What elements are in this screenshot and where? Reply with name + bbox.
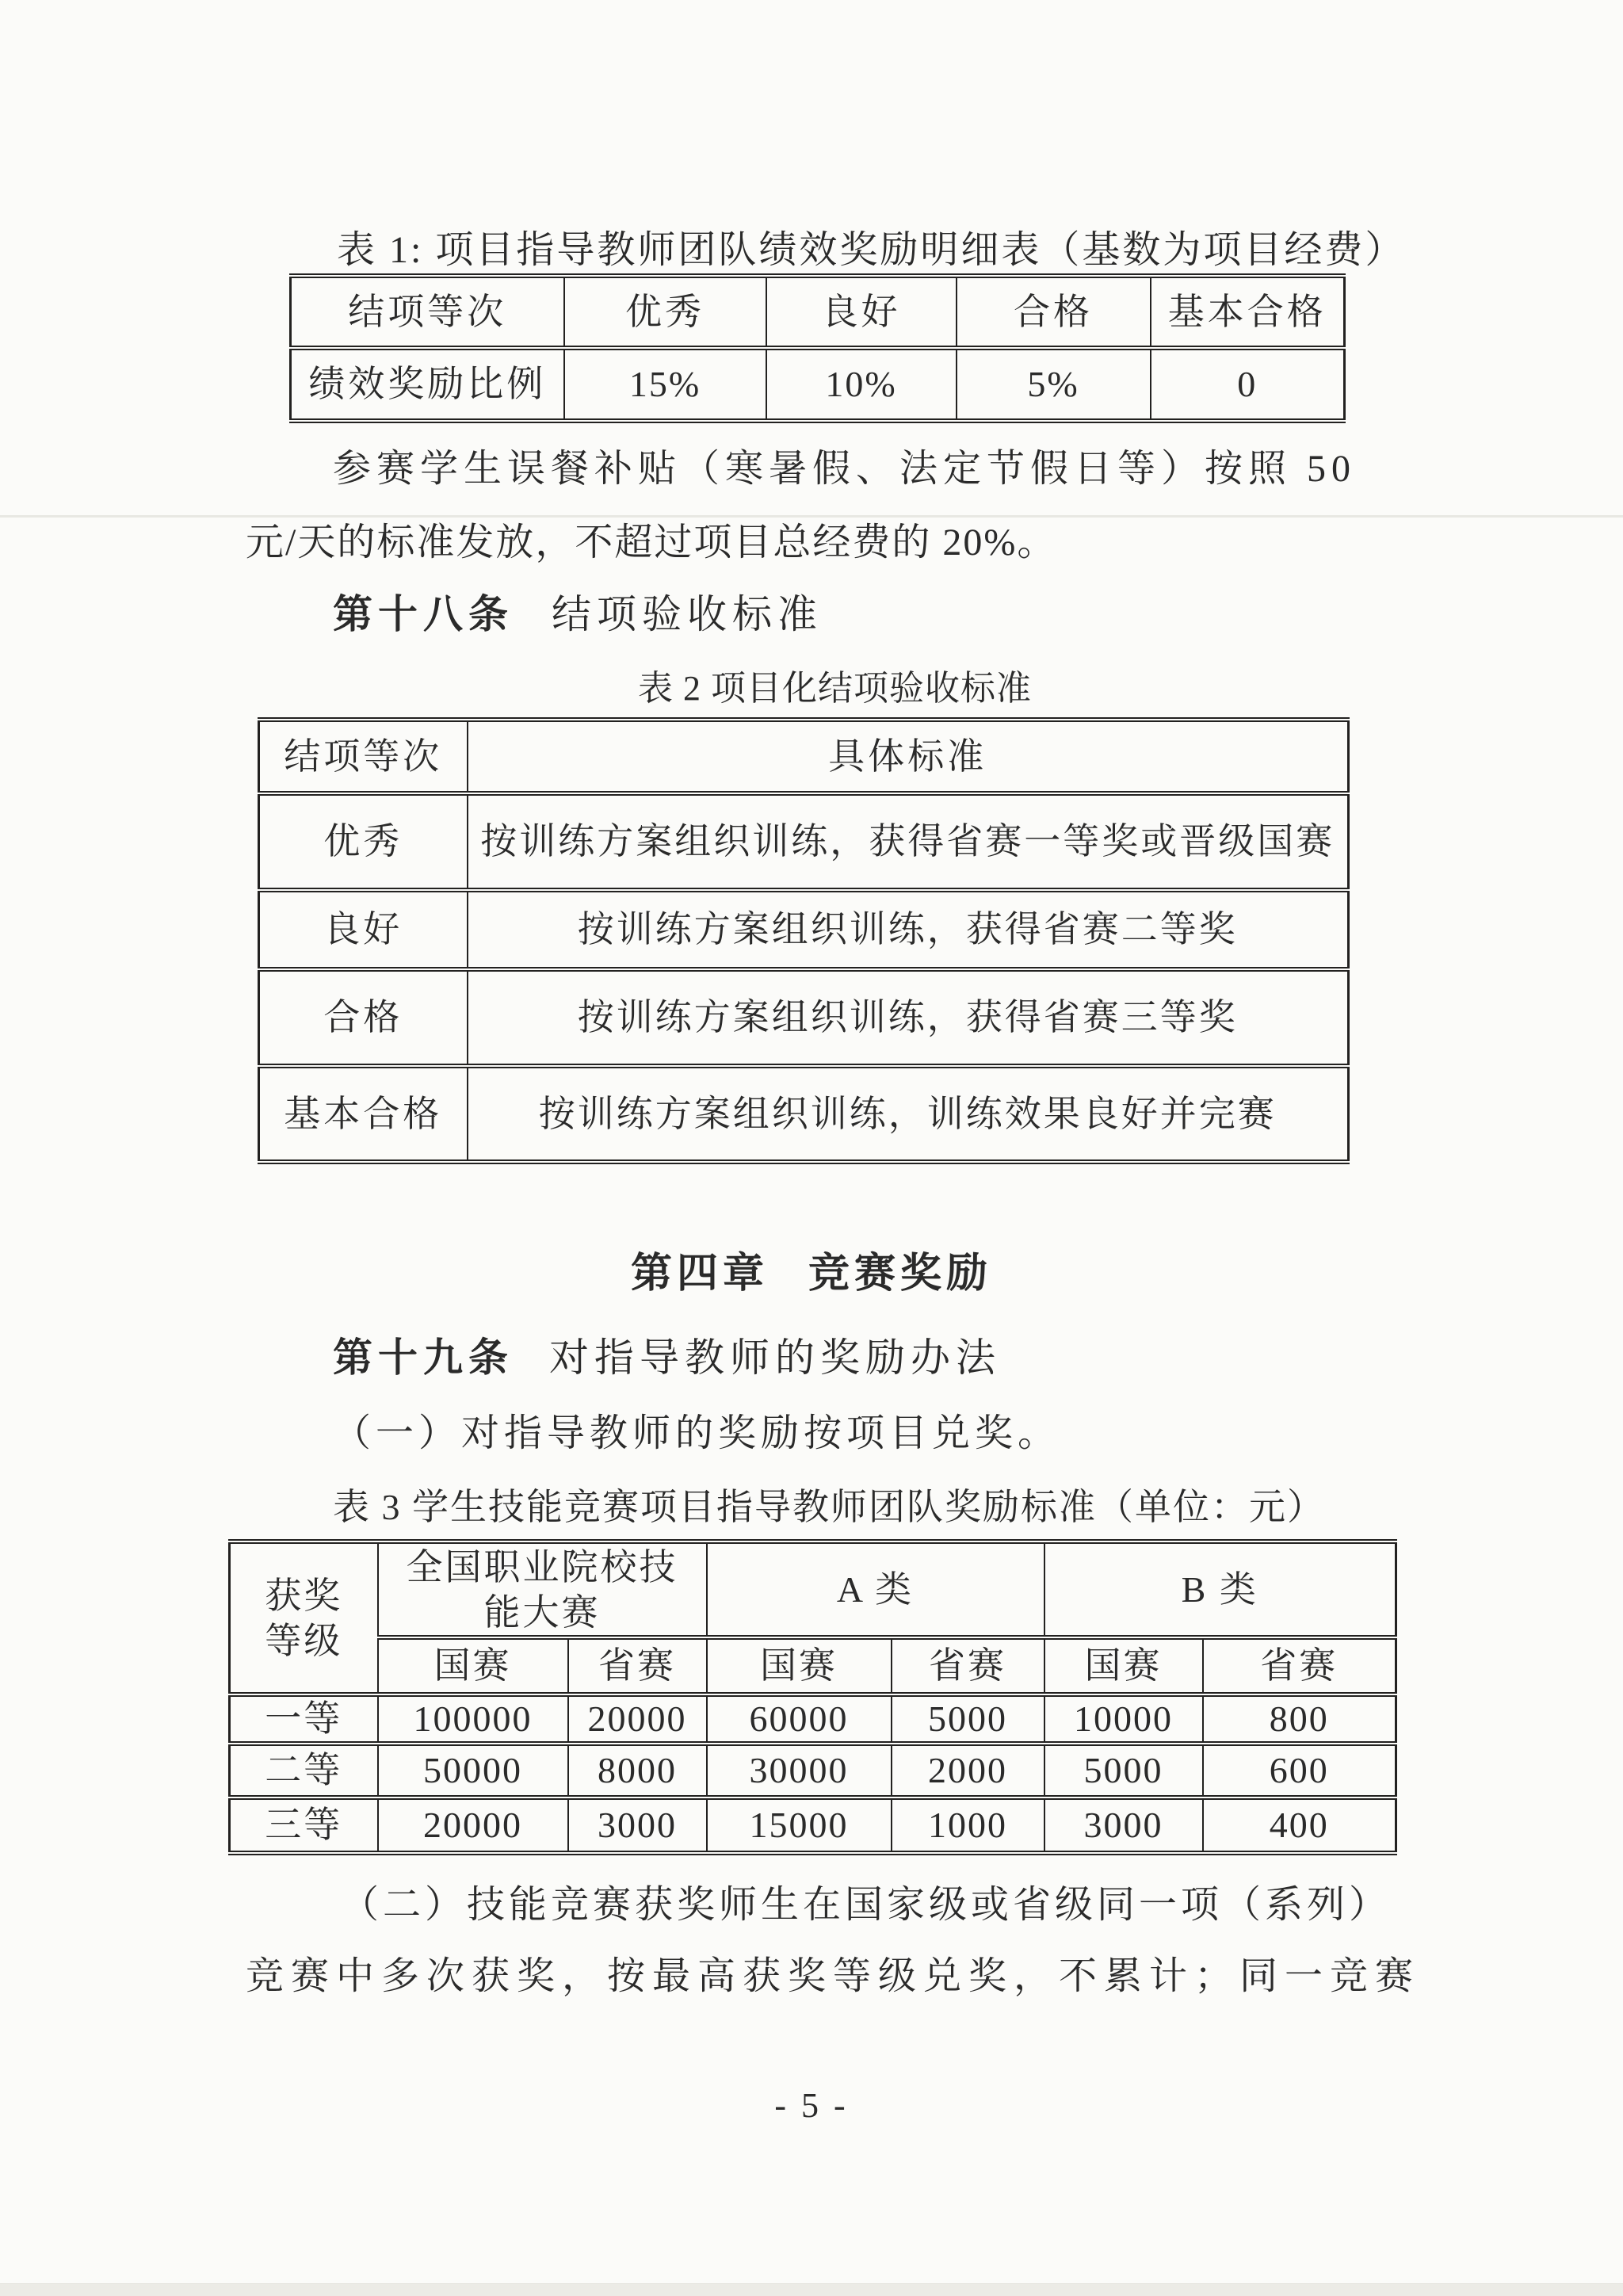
table1-row-label: 绩效奖励比例 bbox=[291, 348, 564, 421]
table3-value-cell: 15000 bbox=[707, 1797, 892, 1853]
table2-criteria-cell: 按训练方案组织训练，获得省赛二等奖 bbox=[468, 890, 1349, 969]
page-number: - 5 - bbox=[0, 2086, 1623, 2126]
table2-grade-cell: 优秀 bbox=[259, 793, 468, 890]
table1-data-row: 绩效奖励比例 15% 10% 5% 0 bbox=[291, 348, 1345, 421]
table3-subheader-cell: 省赛 bbox=[892, 1637, 1044, 1694]
scanned-document-page: 表 1: 项目指导教师团队绩效奖励明细表（基数为项目经费） 结项等次 优秀 良好… bbox=[0, 0, 1623, 2296]
table3-value-cell: 60000 bbox=[707, 1694, 892, 1744]
table3-value-cell: 20000 bbox=[378, 1797, 568, 1853]
table3-group-header-national-vocational: 全国职业院校技 能大赛 bbox=[378, 1541, 707, 1637]
table3-value-cell: 100000 bbox=[378, 1694, 568, 1744]
item-two-line: （二）技能竞赛获奖师生在国家级或省级同一项（系列） bbox=[341, 1882, 1391, 1928]
table2-grade-cell: 基本合格 bbox=[259, 1066, 468, 1162]
table2-caption: 表 2 项目化结项验收标准 bbox=[638, 667, 1032, 711]
table3-value-cell: 3000 bbox=[1044, 1797, 1203, 1853]
table3-subheader-row: 国赛 省赛 国赛 省赛 国赛 省赛 bbox=[230, 1637, 1396, 1694]
table1-value-cell: 15% bbox=[564, 348, 766, 421]
group-header-line: 能大赛 bbox=[379, 1590, 706, 1635]
table2-row: 良好 按训练方案组织训练，获得省赛二等奖 bbox=[259, 890, 1349, 969]
article18-heading: 第十八条结项验收标准 bbox=[333, 590, 823, 638]
table3-subheader-cell: 国赛 bbox=[707, 1637, 892, 1694]
table3-competition-reward-standard: 获奖 等级 全国职业院校技 能大赛 A 类 B 类 国赛 省赛 国赛 省赛 国赛… bbox=[228, 1539, 1397, 1855]
table2-header-cell: 结项等次 bbox=[259, 720, 468, 793]
table1-value-cell: 5% bbox=[957, 348, 1151, 421]
table2-row: 优秀 按训练方案组织训练，获得省赛一等奖或晋级国赛 bbox=[259, 793, 1349, 890]
chapter4-title: 竞赛奖励 bbox=[808, 1251, 992, 1297]
table2-row: 合格 按训练方案组织训练，获得省赛三等奖 bbox=[259, 969, 1349, 1066]
table3-value-cell: 10000 bbox=[1044, 1694, 1203, 1744]
article18-number: 第十八条 bbox=[333, 592, 514, 636]
table3-corner-header: 获奖 等级 bbox=[230, 1541, 378, 1694]
table3-value-cell: 5000 bbox=[1044, 1744, 1203, 1797]
group-header-line: 全国职业院校技 bbox=[379, 1545, 706, 1590]
chapter4-number: 第四章 bbox=[631, 1251, 769, 1297]
table3-value-cell: 3000 bbox=[568, 1797, 707, 1853]
table1-header-cell: 合格 bbox=[957, 276, 1151, 348]
table3-value-cell: 600 bbox=[1203, 1744, 1396, 1797]
table3-value-cell: 1000 bbox=[892, 1797, 1044, 1853]
table2-header-cell: 具体标准 bbox=[468, 720, 1349, 793]
table3-grade-cell: 三等 bbox=[230, 1797, 378, 1853]
table1-header-cell: 优秀 bbox=[564, 276, 766, 348]
item-one-line: （一）对指导教师的奖励按项目兑奖。 bbox=[333, 1411, 1060, 1457]
table1-performance-reward: 结项等次 优秀 良好 合格 基本合格 绩效奖励比例 15% 10% 5% 0 bbox=[289, 273, 1346, 423]
table3-value-cell: 5000 bbox=[892, 1694, 1044, 1744]
table3-value-cell: 50000 bbox=[378, 1744, 568, 1797]
table1-header-cell: 良好 bbox=[766, 276, 957, 348]
table3-value-cell: 800 bbox=[1203, 1694, 1396, 1744]
table1-header-row: 结项等次 优秀 良好 合格 基本合格 bbox=[291, 276, 1345, 348]
table2-header-row: 结项等次 具体标准 bbox=[259, 720, 1349, 793]
table3-grade-cell: 一等 bbox=[230, 1694, 378, 1744]
table3-data-row: 二等 50000 8000 30000 2000 5000 600 bbox=[230, 1744, 1396, 1797]
table2-grade-cell: 合格 bbox=[259, 969, 468, 1066]
table2-criteria-cell: 按训练方案组织训练，训练效果良好并完赛 bbox=[468, 1066, 1349, 1162]
table2-grade-cell: 良好 bbox=[259, 890, 468, 969]
table1-value-cell: 0 bbox=[1151, 348, 1345, 421]
table2-criteria-cell: 按训练方案组织训练，获得省赛三等奖 bbox=[468, 969, 1349, 1066]
paragraph-line: 元/天的标准发放，不超过项目总经费的 20%。 bbox=[246, 520, 1056, 566]
table3-data-row: 一等 100000 20000 60000 5000 10000 800 bbox=[230, 1694, 1396, 1744]
scan-artifact-line bbox=[0, 515, 1623, 518]
paragraph-line: 参赛学生误餐补贴（寒暑假、法定节假日等）按照 50 bbox=[333, 446, 1356, 492]
table3-value-cell: 400 bbox=[1203, 1797, 1396, 1853]
table1-caption: 表 1: 项目指导教师团队绩效奖励明细表（基数为项目经费） bbox=[337, 228, 1405, 273]
table3-subheader-cell: 省赛 bbox=[568, 1637, 707, 1694]
table1-value-cell: 10% bbox=[766, 348, 957, 421]
table3-value-cell: 30000 bbox=[707, 1744, 892, 1797]
table3-data-row: 三等 20000 3000 15000 1000 3000 400 bbox=[230, 1797, 1396, 1853]
table3-subheader-cell: 国赛 bbox=[378, 1637, 568, 1694]
table3-value-cell: 20000 bbox=[568, 1694, 707, 1744]
table2-criteria-cell: 按训练方案组织训练，获得省赛一等奖或晋级国赛 bbox=[468, 793, 1349, 890]
item-two-line: 竞赛中多次获奖，按最高获奖等级兑奖，不累计；同一竞赛 bbox=[246, 1954, 1420, 2000]
table3-group-header-class-b: B 类 bbox=[1044, 1541, 1396, 1637]
scan-artifact-bottom-strip bbox=[0, 2283, 1623, 2296]
table1-header-cell: 结项等次 bbox=[291, 276, 564, 348]
chapter4-heading: 第四章竞赛奖励 bbox=[0, 1251, 1623, 1298]
corner-header-line: 等级 bbox=[231, 1618, 377, 1664]
table1-header-cell: 基本合格 bbox=[1151, 276, 1345, 348]
article18-title: 结项验收标准 bbox=[552, 592, 823, 636]
table3-group-header-class-a: A 类 bbox=[707, 1541, 1044, 1637]
table3-subheader-cell: 省赛 bbox=[1203, 1637, 1396, 1694]
table2-acceptance-criteria: 结项等次 具体标准 优秀 按训练方案组织训练，获得省赛一等奖或晋级国赛 良好 按… bbox=[258, 717, 1350, 1164]
table3-subheader-cell: 国赛 bbox=[1044, 1637, 1203, 1694]
table3-value-cell: 2000 bbox=[892, 1744, 1044, 1797]
table3-caption: 表 3 学生技能竞赛项目指导教师团队奖励标准（单位：元） bbox=[333, 1485, 1325, 1530]
table3-group-header-row: 获奖 等级 全国职业院校技 能大赛 A 类 B 类 bbox=[230, 1541, 1396, 1637]
table3-grade-cell: 二等 bbox=[230, 1744, 378, 1797]
article19-number: 第十九条 bbox=[333, 1335, 514, 1380]
table2-row: 基本合格 按训练方案组织训练，训练效果良好并完赛 bbox=[259, 1066, 1349, 1162]
article19-title: 对指导教师的奖励办法 bbox=[549, 1335, 1001, 1380]
corner-header-line: 获奖 bbox=[231, 1573, 377, 1618]
table3-value-cell: 8000 bbox=[568, 1744, 707, 1797]
article19-heading: 第十九条对指导教师的奖励办法 bbox=[333, 1334, 1001, 1381]
